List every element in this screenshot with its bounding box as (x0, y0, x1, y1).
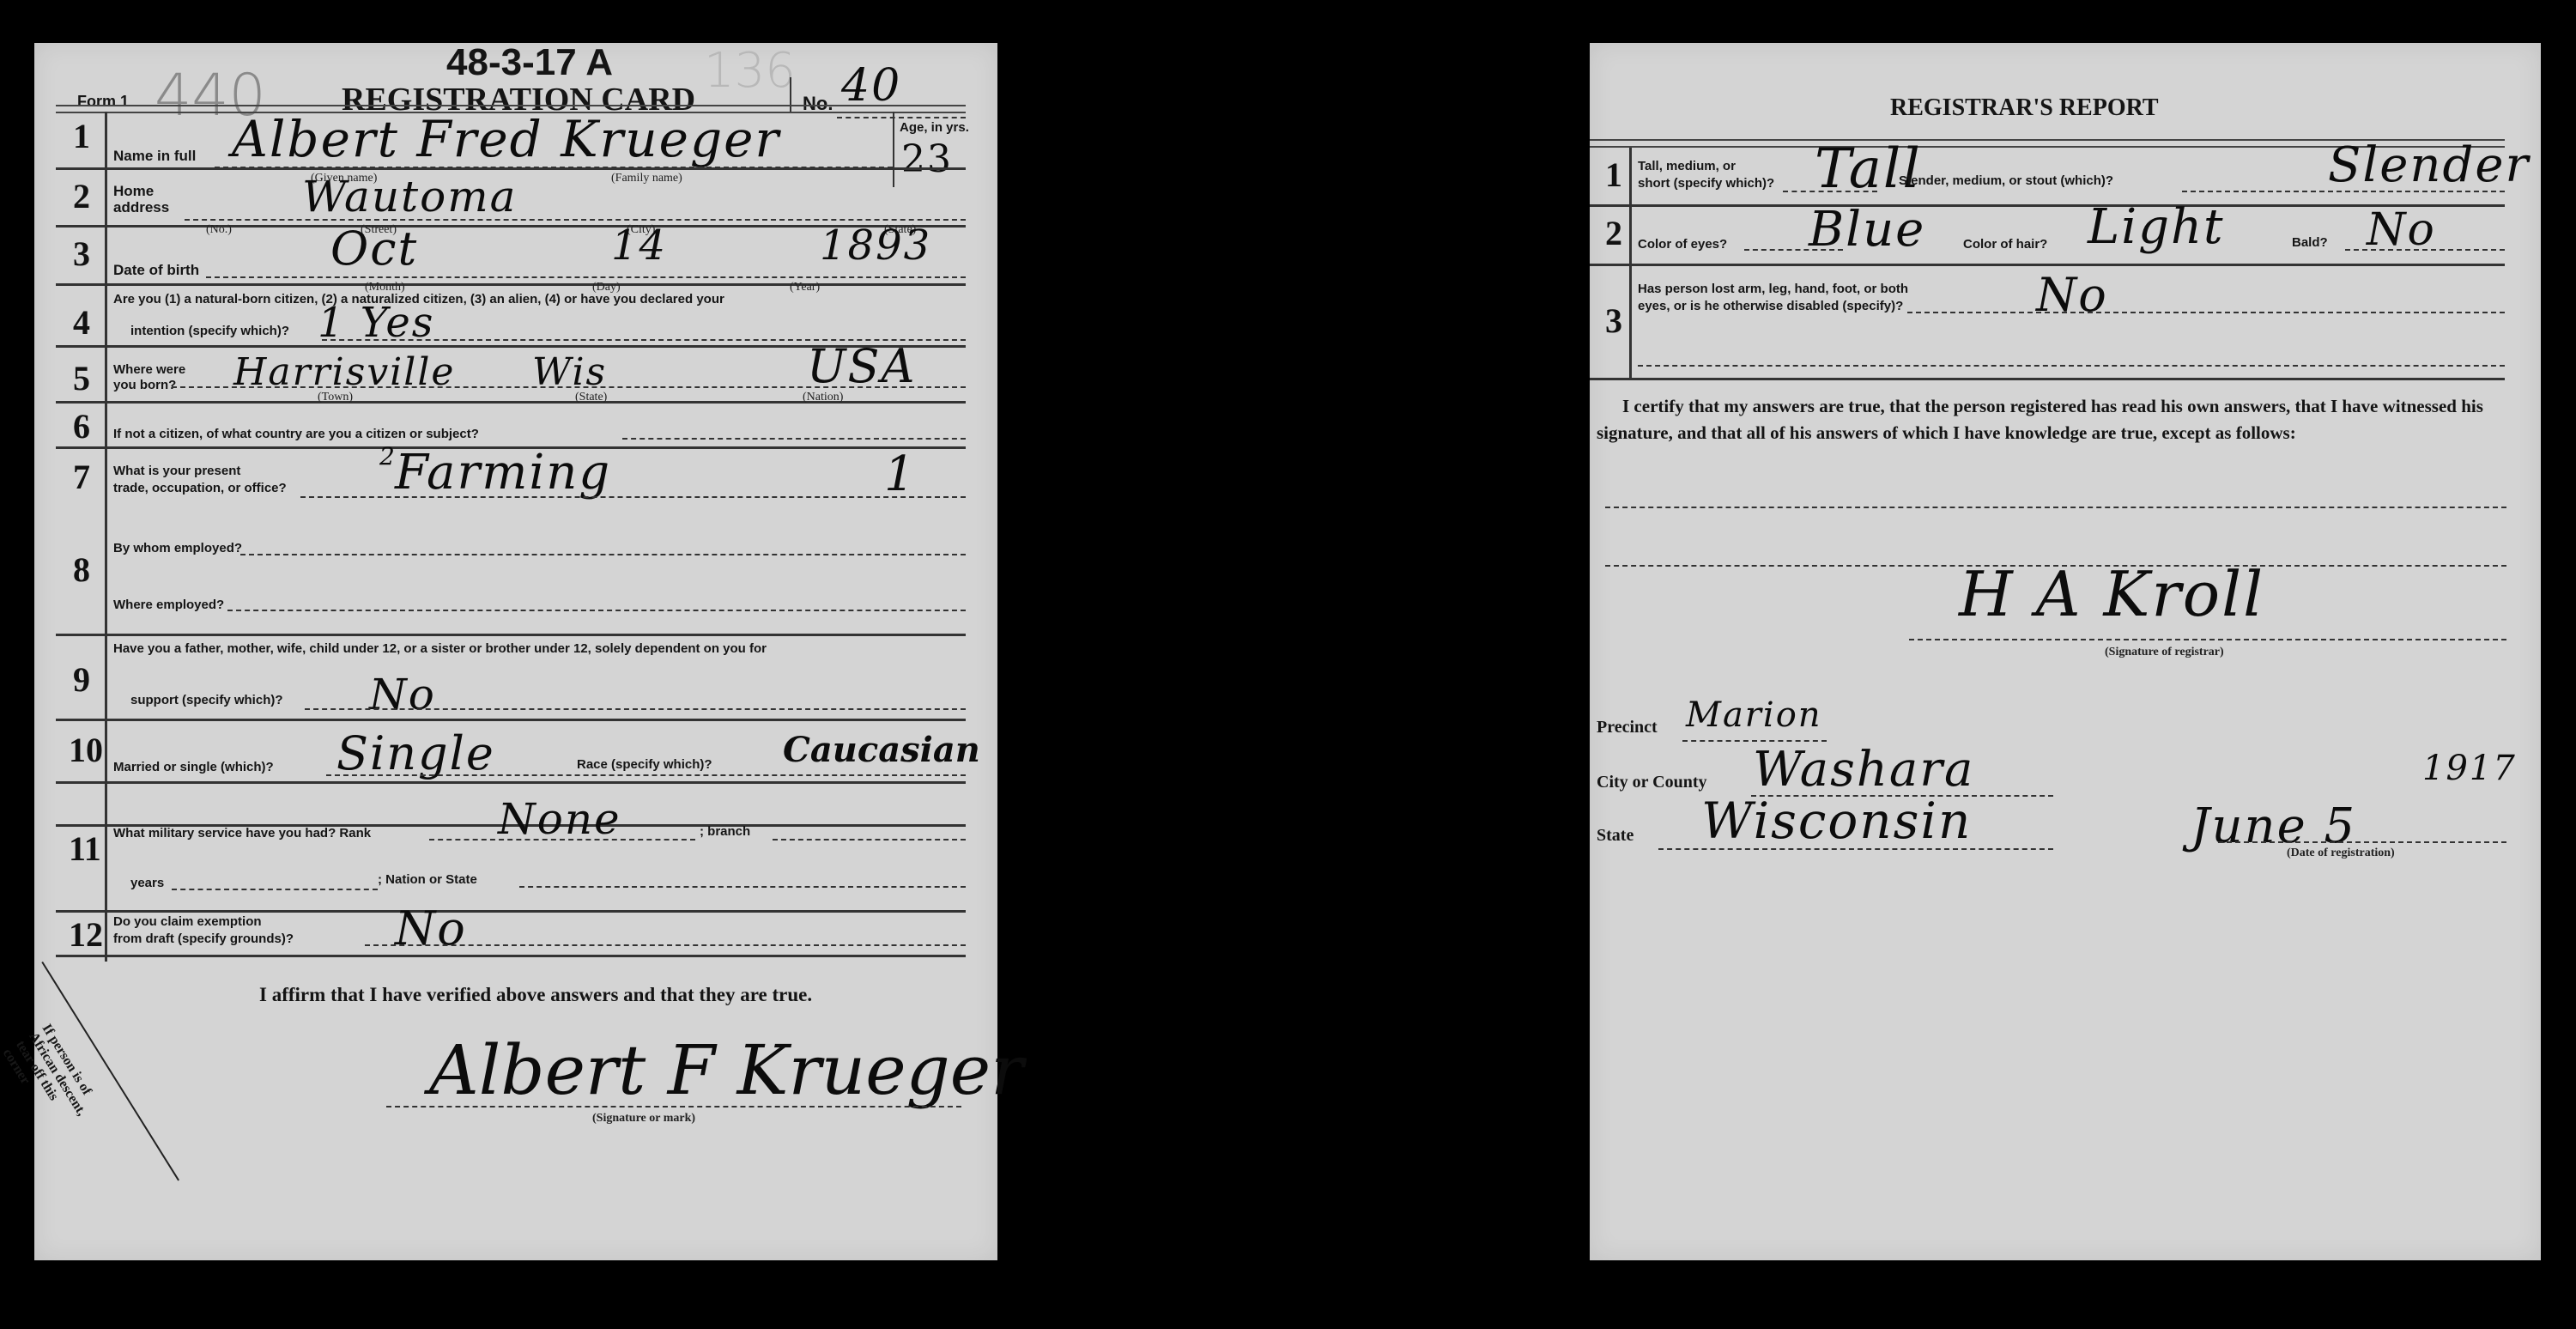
exemption-value: No (395, 901, 467, 956)
eye-color-label: Color of eyes? (1638, 237, 1727, 252)
exemption-label-a: Do you claim exemption (113, 914, 262, 929)
employer-label: By whom employed? (113, 541, 242, 555)
registrars-report-card: REGISTRAR'S REPORT 1 Tall, medium, or sh… (1590, 43, 2541, 1260)
row-number: 1 (1605, 155, 1622, 195)
military-rank-value: None (498, 794, 621, 844)
dependents-value: No (369, 670, 436, 719)
card-number-value: 40 (841, 60, 901, 112)
row-number: 2 (1605, 213, 1622, 253)
county-value: Washara (1753, 742, 1974, 798)
certification-text: I certify that my answers are true, that… (1597, 393, 2506, 446)
caption-family-name: (Family name) (611, 172, 682, 185)
birthplace-label-b: you born? (113, 378, 176, 392)
home-address-value: Wautoma (302, 172, 517, 221)
occupation-mark-post: 1 (884, 446, 917, 502)
serial-stamp: 48-3-17 A (446, 41, 613, 84)
row-number: 11 (69, 828, 101, 869)
name-value: Albert Fred Krueger (232, 110, 780, 168)
row-number: 8 (73, 549, 90, 590)
caption-nation: (Nation) (803, 391, 843, 404)
bald-label: Bald? (2292, 235, 2328, 250)
exceptions-line (1605, 507, 2506, 508)
build-label: Slender, medium, or stout (which)? (1899, 173, 2113, 188)
intention-label: intention (specify which)? (130, 324, 289, 338)
disability-value: No (2036, 268, 2108, 322)
row-number: 4 (73, 302, 90, 343)
home-label: Home (113, 183, 154, 200)
row-number: 9 (73, 659, 90, 700)
state-label: State (1597, 826, 1633, 846)
affirmation-text: I affirm that I have verified above answ… (259, 984, 812, 1006)
bald-value: No (2367, 204, 2436, 256)
marital-label: Married or single (which)? (113, 760, 274, 774)
race-value: Caucasian (783, 730, 980, 770)
nation-state-label: ; Nation or State (378, 872, 477, 887)
row-number: 6 (73, 406, 90, 446)
height-label-b: short (specify which)? (1638, 176, 1774, 191)
dob-day: 14 (611, 221, 667, 270)
branch-label: ; branch (700, 824, 750, 839)
row-number: 1 (73, 116, 90, 156)
address-label: address (113, 199, 169, 216)
occupation-label-b: trade, occupation, or office? (113, 481, 287, 495)
registrar-caption: (Signature of registrar) (2105, 646, 2224, 659)
hair-color-value: Light (2088, 199, 2225, 255)
dob-month: Oct (330, 221, 418, 276)
height-label-a: Tall, medium, or (1638, 159, 1736, 173)
build-value: Slender (2328, 137, 2530, 193)
birthplace-label-a: Where were (113, 362, 185, 377)
row-number: 3 (1605, 300, 1622, 341)
name-label: Name in full (113, 148, 196, 165)
registration-year-value: 1917 (2422, 749, 2517, 788)
years-label: years (130, 876, 164, 890)
row-number-divider (105, 112, 107, 962)
state-value: Wisconsin (1701, 792, 1972, 850)
row-number: 2 (73, 176, 90, 216)
signature-caption: (Signature or mark) (592, 1112, 695, 1126)
disability-label-b: eyes, or is he otherwise disabled (speci… (1638, 299, 1903, 313)
row-number: 5 (73, 358, 90, 398)
caption-no: (No.) (206, 223, 232, 237)
precinct-value: Marion (1686, 695, 1822, 735)
occupation-value: Farming (395, 445, 611, 501)
age-value: 23 (901, 137, 953, 181)
registration-date-caption: (Date of registration) (2287, 847, 2395, 860)
birth-nation: USA (807, 339, 917, 393)
registrar-signature: H A Kroll (1959, 558, 2264, 630)
military-label: What military service have you had? Rank (113, 826, 371, 840)
precinct-label: Precinct (1597, 718, 1658, 737)
hair-color-label: Color of hair? (1963, 237, 2047, 252)
dependents-question: Have you a father, mother, wife, child u… (113, 641, 767, 656)
exemption-label-b: from draft (specify grounds)? (113, 932, 294, 946)
marital-value: Single (336, 726, 495, 780)
report-number-divider (1629, 148, 1632, 378)
row-number: 3 (73, 234, 90, 274)
county-label: City or County (1597, 773, 1707, 792)
occupation-label-a: What is your present (113, 464, 240, 478)
disability-label-a: Has person lost arm, leg, hand, foot, or… (1638, 282, 1908, 296)
foreign-citizenship-question: If not a citizen, of what country are yo… (113, 427, 479, 441)
row-number: 10 (69, 730, 103, 770)
support-label: support (specify which)? (130, 693, 283, 707)
race-label: Race (specify which)? (577, 757, 712, 772)
registration-card: Form 1 440 136 48-3-17 A REGISTRATION CA… (34, 43, 997, 1260)
occupation-mark-pre: 2 (379, 442, 397, 470)
caption-state: (State) (575, 391, 607, 404)
employed-where-label: Where employed? (113, 598, 224, 612)
age-label: Age, in yrs. (900, 120, 969, 135)
caption-year: (Year) (790, 281, 820, 294)
registrant-signature: Albert F Krueger (429, 1030, 1023, 1110)
row-number: 12 (69, 914, 103, 955)
caption-town: (Town) (318, 391, 353, 404)
dob-label: Date of birth (113, 262, 199, 279)
tear-off-corner-text: If person is of African descent, tear of… (0, 1022, 142, 1200)
dob-year: 1893 (820, 221, 931, 270)
row-number: 7 (73, 457, 90, 497)
pencil-faint-number: 136 (704, 43, 796, 99)
report-title: REGISTRAR'S REPORT (1890, 94, 2159, 122)
